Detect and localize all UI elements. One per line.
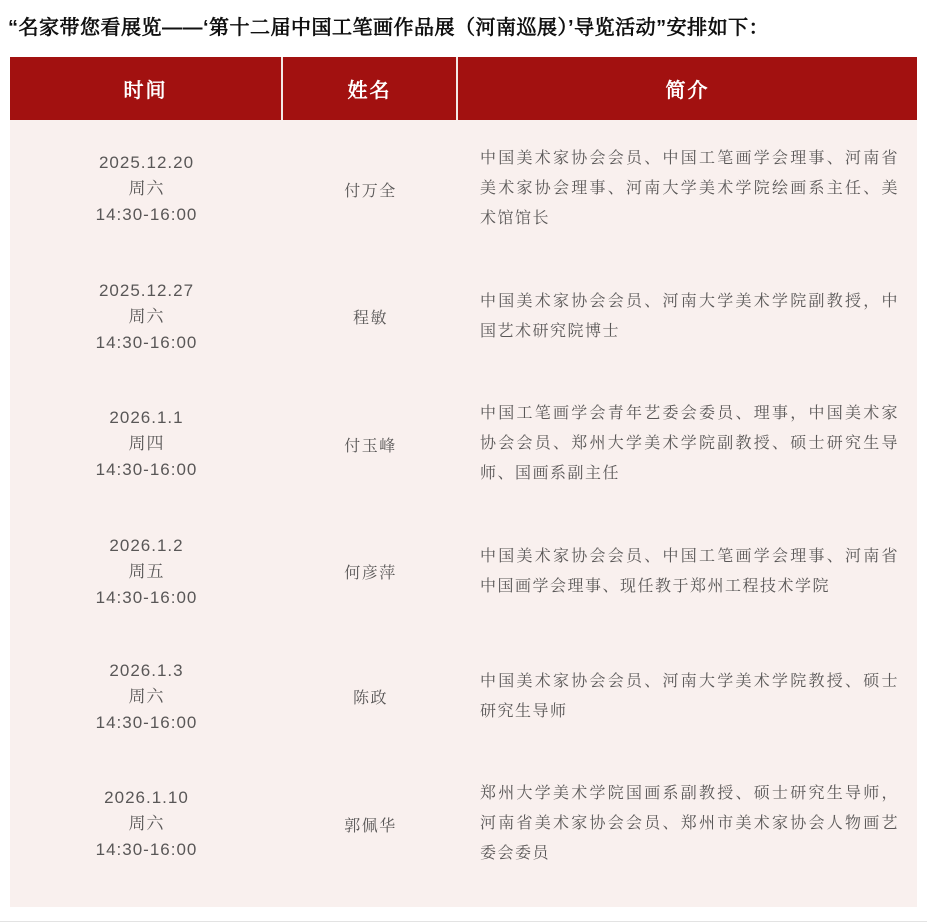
- date-text: 2026.1.10: [10, 785, 283, 811]
- weekday-text: 周五: [10, 559, 283, 585]
- column-header-time: 时间: [10, 57, 283, 120]
- name-cell: 付万全: [283, 178, 458, 201]
- bio-cell: 郑州大学美术学院国画系副教授、硕士研究生导师，河南省美术家协会会员、郑州市美术家…: [458, 779, 917, 869]
- hours-text: 14:30-16:00: [10, 457, 283, 483]
- column-header-bio: 简介: [458, 57, 917, 120]
- table-row: 2026.1.10 周六 14:30-16:00 郭佩华 郑州大学美术学院国画系…: [10, 759, 917, 889]
- name-cell: 付玉峰: [283, 433, 458, 456]
- weekday-text: 周六: [10, 304, 283, 330]
- time-cell: 2026.1.10 周六 14:30-16:00: [10, 785, 283, 863]
- table-row: 2026.1.2 周五 14:30-16:00 何彦萍 中国美术家协会会员、中国…: [10, 509, 917, 634]
- time-cell: 2026.1.3 周六 14:30-16:00: [10, 658, 283, 736]
- bio-cell: 中国美术家协会会员、中国工笔画学会理事、河南省中国画学会理事、现任教于郑州工程技…: [458, 542, 917, 602]
- table-body: 2025.12.20 周六 14:30-16:00 付万全 中国美术家协会会员、…: [10, 120, 917, 907]
- hours-text: 14:30-16:00: [10, 837, 283, 863]
- name-cell: 陈政: [283, 685, 458, 708]
- weekday-text: 周六: [10, 684, 283, 710]
- hours-text: 14:30-16:00: [10, 585, 283, 611]
- bio-cell: 中国美术家协会会员、河南大学美术学院副教授，中国艺术研究院博士: [458, 287, 917, 347]
- table-row: 2025.12.20 周六 14:30-16:00 付万全 中国美术家协会会员、…: [10, 124, 917, 254]
- weekday-text: 周六: [10, 811, 283, 837]
- name-cell: 郭佩华: [283, 813, 458, 836]
- table-row: 2026.1.3 周六 14:30-16:00 陈政 中国美术家协会会员、河南大…: [10, 634, 917, 759]
- hours-text: 14:30-16:00: [10, 710, 283, 736]
- hours-text: 14:30-16:00: [10, 330, 283, 356]
- column-header-name: 姓名: [283, 57, 458, 120]
- weekday-text: 周六: [10, 176, 283, 202]
- schedule-table: 时间 姓名 简介 2025.12.20 周六 14:30-16:00 付万全 中…: [10, 57, 917, 907]
- weekday-text: 周四: [10, 431, 283, 457]
- date-text: 2025.12.27: [10, 278, 283, 304]
- bio-cell: 中国工笔画学会青年艺委会委员、理事，中国美术家协会会员、郑州大学美术学院副教授、…: [458, 399, 917, 489]
- bio-cell: 中国美术家协会会员、中国工笔画学会理事、河南省美术家协会理事、河南大学美术学院绘…: [458, 144, 917, 234]
- time-cell: 2025.12.20 周六 14:30-16:00: [10, 150, 283, 228]
- time-cell: 2026.1.1 周四 14:30-16:00: [10, 405, 283, 483]
- hours-text: 14:30-16:00: [10, 202, 283, 228]
- page-title: “名家带您看展览——‘第十二届中国工笔画作品展（河南巡展）’导览活动”安排如下：: [8, 14, 919, 42]
- page: “名家带您看展览——‘第十二届中国工笔画作品展（河南巡展）’导览活动”安排如下：…: [0, 0, 927, 922]
- date-text: 2025.12.20: [10, 150, 283, 176]
- name-cell: 程敏: [283, 305, 458, 328]
- date-text: 2026.1.3: [10, 658, 283, 684]
- table-row: 2026.1.1 周四 14:30-16:00 付玉峰 中国工笔画学会青年艺委会…: [10, 379, 917, 509]
- name-cell: 何彦萍: [283, 560, 458, 583]
- table-header-row: 时间 姓名 简介: [10, 57, 917, 120]
- time-cell: 2025.12.27 周六 14:30-16:00: [10, 278, 283, 356]
- date-text: 2026.1.1: [10, 405, 283, 431]
- time-cell: 2026.1.2 周五 14:30-16:00: [10, 533, 283, 611]
- bio-cell: 中国美术家协会会员、河南大学美术学院教授、硕士研究生导师: [458, 667, 917, 727]
- date-text: 2026.1.2: [10, 533, 283, 559]
- table-row: 2025.12.27 周六 14:30-16:00 程敏 中国美术家协会会员、河…: [10, 254, 917, 379]
